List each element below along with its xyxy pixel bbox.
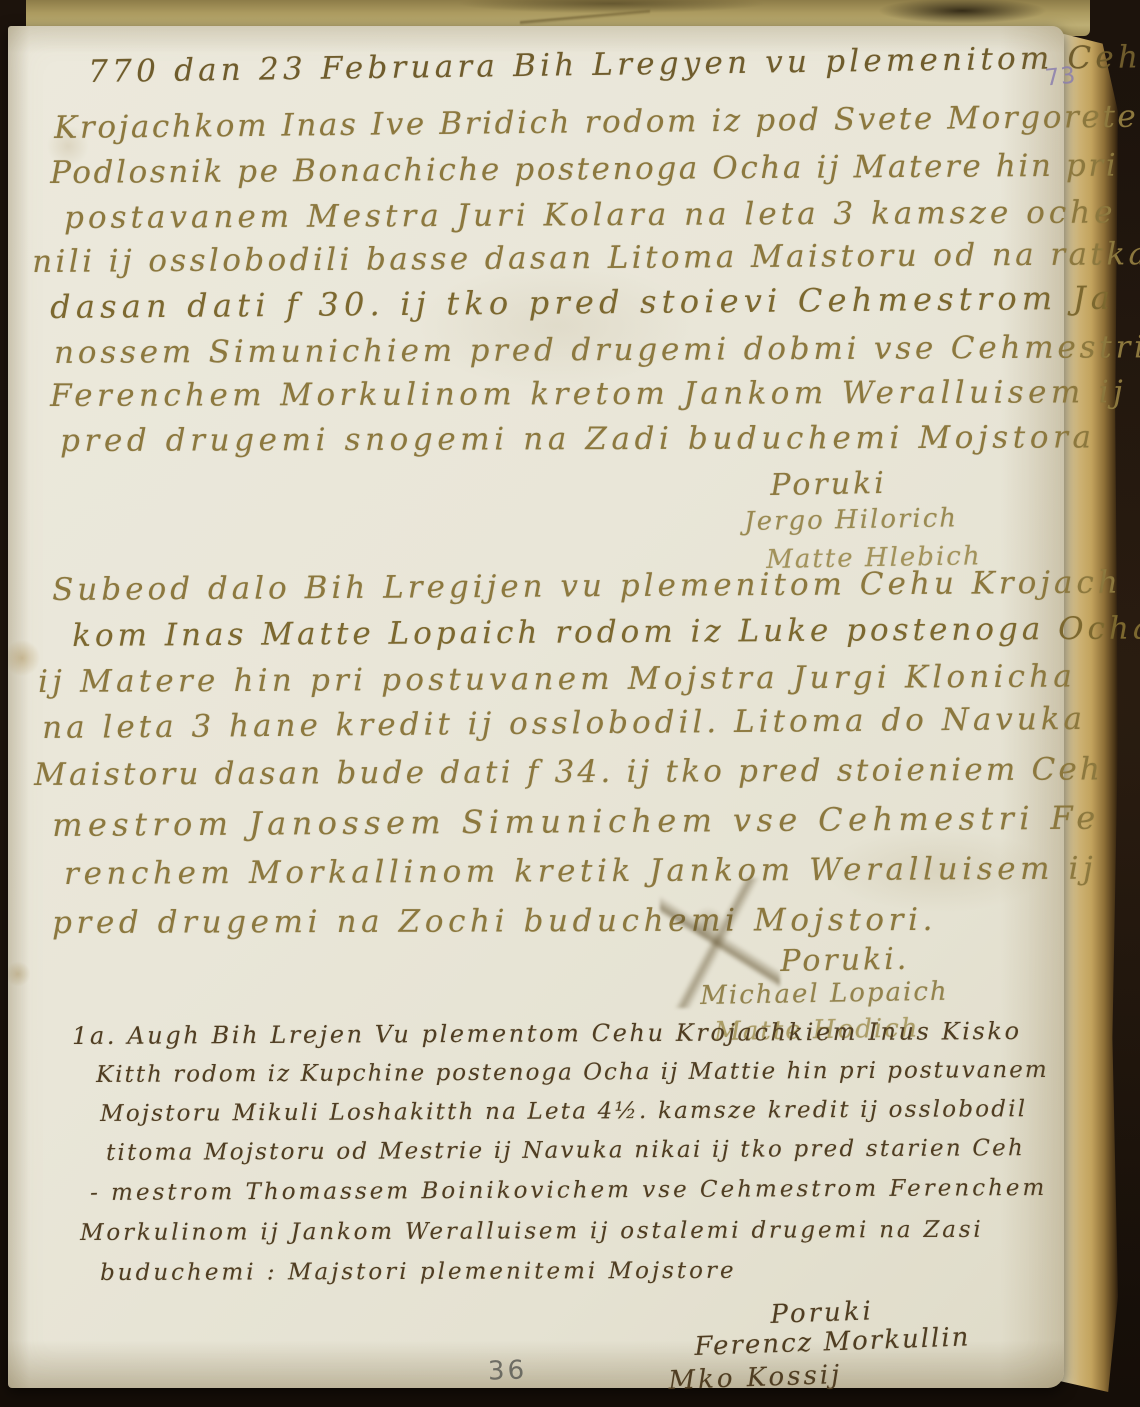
manuscript-line: Morkulinom ij Jankom Weralluisem ij osta… — [80, 1217, 984, 1246]
manuscript-photo: 770 dan 23 Februara Bih Lregyen vu pleme… — [0, 0, 1140, 1407]
manuscript-line: Kitth rodom iz Kupchine postenoga Ocha i… — [96, 1057, 1049, 1088]
manuscript-line: postavanem Mestra Juri Kolara na leta 3 … — [64, 194, 1117, 236]
manuscript-line: nili ij osslobodili basse dasan Litoma M… — [32, 236, 1140, 280]
manuscript-line: - mestrom Thomassem Boinikovichem vse Ce… — [90, 1175, 1047, 1206]
signature-line: Jergo Hilorich — [744, 503, 958, 537]
manuscript-line: pred drugemi snogemi na Zadi buduchemi M… — [60, 419, 1096, 459]
manuscript-line: Krojachkom Inas Ive Bridich rodom iz pod… — [54, 99, 1139, 146]
manuscript-line: renchem Morkallinom kretik Jankom Werall… — [64, 851, 1097, 892]
signature-line: Poruki. — [780, 942, 910, 979]
manuscript-line: nossem Simunichiem pred drugemi dobmi vs… — [54, 329, 1140, 371]
manuscript-line: kom Inas Matte Lopaich rodom iz Luke pos… — [72, 610, 1140, 654]
signature-line: Poruki — [770, 466, 887, 503]
manuscript-line: 770 dan 23 Februara Bih Lregyen vu pleme… — [88, 39, 1140, 90]
signature-line: Mko Kossij — [668, 1360, 843, 1396]
manuscript-line: Mojstoru Mikuli Loshakitth na Leta 4½. k… — [100, 1096, 1027, 1127]
ink-smudge — [660, 878, 780, 1008]
manuscript-line: pred drugemi na Zochi buduchemi Mojstori… — [52, 902, 937, 941]
manuscript-line: 1a. Augh Bih Lrejen Vu plementom Cehu Kr… — [72, 1017, 1022, 1050]
manuscript-line: na leta 3 hane kredit ij osslobodil. Lit… — [42, 701, 1086, 746]
manuscript-line: Subeod dalo Bih Lregijen vu plemenitom C… — [52, 565, 1122, 608]
manuscript-line: dasan dati f 30. ij tko pred stoievi Ceh… — [50, 279, 1115, 326]
manuscript-line: Maistoru dasan bude dati f 34. ij tko pr… — [34, 751, 1103, 793]
manuscript-line: buduchemi : Majstori plemenitemi Mojstor… — [100, 1258, 737, 1286]
manuscript-page: 770 dan 23 Februara Bih Lregyen vu pleme… — [8, 26, 1064, 1388]
signature-line: Poruki — [770, 1296, 874, 1330]
manuscript-line: Podlosnik pe Bonachiche postenoga Ocha i… — [50, 148, 1118, 191]
manuscript-line: mestrom Janossem Simunichem vse Cehmestr… — [52, 799, 1101, 844]
manuscript-line: titoma Mojstoru od Mestrie ij Navuka nik… — [106, 1135, 1025, 1166]
pencil-page-number-bottom: 36 — [487, 1355, 527, 1386]
signature-line: Ferencz Morkullin — [694, 1322, 971, 1362]
pencil-page-number-top: 73 — [1044, 62, 1078, 91]
manuscript-line: Ferenchem Morkulinom kretom Jankom Weral… — [50, 374, 1127, 414]
manuscript-line: ij Matere hin pri postuvanem Mojstra Jur… — [38, 659, 1076, 700]
